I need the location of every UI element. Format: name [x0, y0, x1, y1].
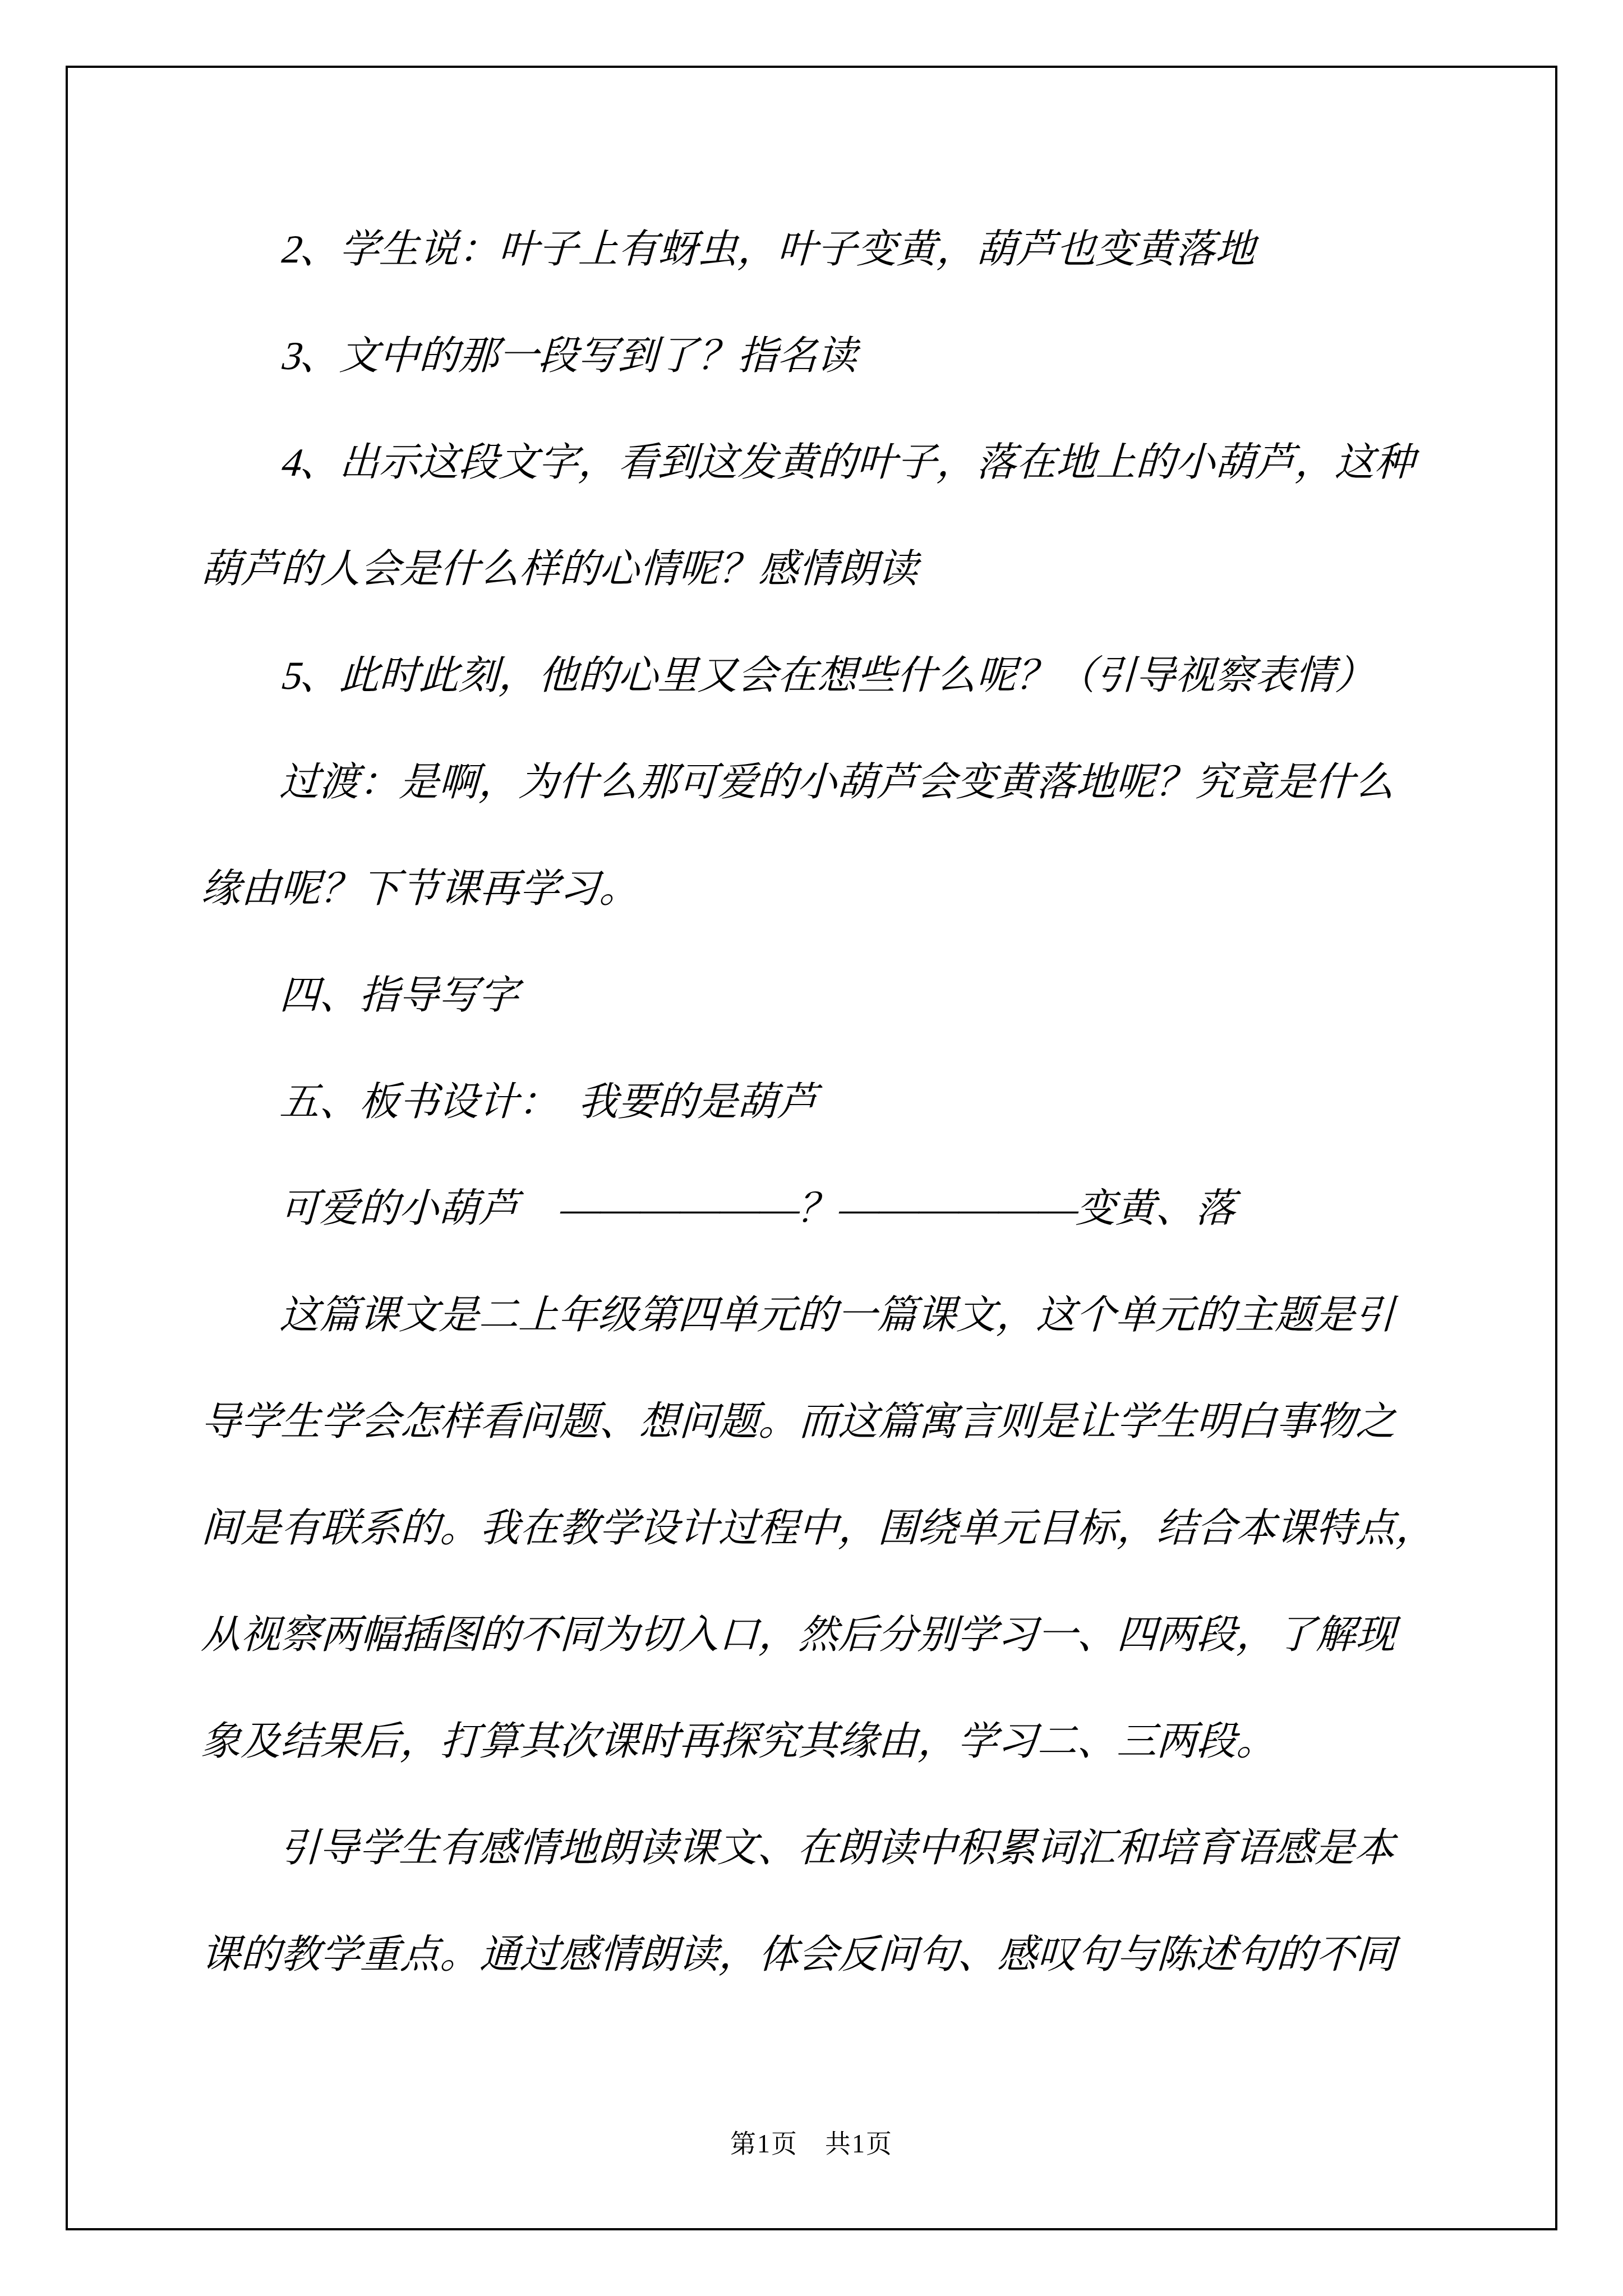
- text-line: 从视察两幅插图的不同为切入口，然后分别学习一、四两段，了解现: [189, 1582, 1509, 1688]
- document-canvas: { "page": { "colors": { "background": "#…: [0, 0, 1623, 2296]
- text-line: 葫芦的人会是什么样的心情呢？感情朗读: [189, 516, 1509, 623]
- text-line: 5、此时此刻，他的心里又会在想些什么呢？（引导视察表情）: [189, 623, 1509, 729]
- text-line: 象及结果后，打算其次课时再探究其缘由，学习二、三两段。: [189, 1688, 1509, 1795]
- text-line: 缘由呢？下节课再学习。: [189, 836, 1509, 942]
- text-line: 4、出示这段文字，看到这发黄的叶子，落在地上的小葫芦，这种: [189, 409, 1509, 516]
- text-line: 五、板书设计： 我要的是葫芦: [189, 1049, 1509, 1156]
- text-line: 这篇课文是二上年级第四单元的一篇课文，这个单元的主题是引: [189, 1262, 1509, 1369]
- text-line: 可爱的小葫芦 ——————？——————变黄、落: [189, 1156, 1509, 1262]
- text-line: 间是有联系的。我在教学设计过程中，围绕单元目标，结合本课特点，: [189, 1475, 1509, 1582]
- text-line: 导学生学会怎样看问题、想问题。而这篇寓言则是让学生明白事物之: [189, 1369, 1509, 1475]
- text-line: 四、指导写字: [189, 942, 1509, 1049]
- text-line: 3、文中的那一段写到了？指名读: [189, 303, 1509, 409]
- document-body: 2、学生说：叶子上有蚜虫，叶子变黄，葫芦也变黄落地 3、文中的那一段写到了？指名…: [201, 196, 1491, 2008]
- text-line: 课的教学重点。通过感情朗读，体会反问句、感叹句与陈述句的不同: [189, 1902, 1509, 2008]
- page-number-footer: 第1页 共1页: [0, 2116, 1623, 2172]
- text-line: 2、学生说：叶子上有蚜虫，叶子变黄，葫芦也变黄落地: [189, 196, 1509, 303]
- text-line: 引导学生有感情地朗读课文、在朗读中积累词汇和培育语感是本: [189, 1795, 1509, 1902]
- text-line: 过渡：是啊，为什么那可爱的小葫芦会变黄落地呢？究竟是什么: [189, 729, 1509, 836]
